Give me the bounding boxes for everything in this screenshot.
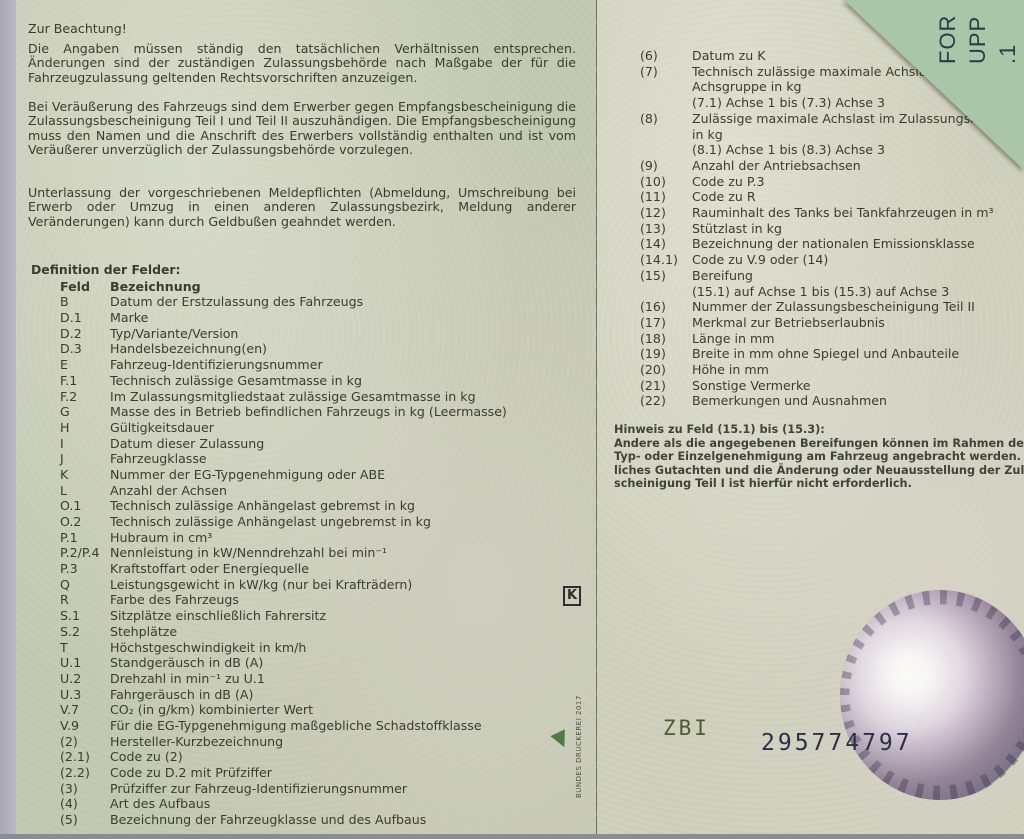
field-code: V.9 (60, 718, 110, 733)
field-description: Nennleistung in kW/Nenndrehzahl bei min⁻… (110, 545, 387, 560)
field-description: Datum zu K (692, 48, 765, 64)
zbi-label: ZBI (663, 716, 710, 740)
field-code: K (60, 467, 110, 482)
corner-flap (844, 0, 1024, 170)
field-code: U.1 (60, 655, 110, 670)
field-code: T (60, 640, 110, 655)
field-code: (15) (640, 268, 692, 284)
field-description: Anzahl der Antriebsachsen (692, 158, 861, 174)
field-code (640, 142, 692, 158)
field-description: Breite in mm ohne Spiegel und Anbauteile (692, 346, 959, 362)
field-code: (2.2) (60, 765, 110, 780)
field-row: (14)Bezeichnung der nationalen Emissions… (640, 236, 1024, 252)
field-description: Drehzahl in min⁻¹ zu U.1 (110, 671, 265, 686)
field-row: (4)Art des Aufbaus (60, 796, 507, 812)
field-description: Handelsbezeichnung(en) (110, 341, 267, 356)
field-row: BDatum der Erstzulassung des Fahrzeugs (60, 294, 507, 310)
field-description: Fahrzeugklasse (110, 451, 207, 466)
field-description: Prüfziffer zur Fahrzeug-Identifizierungs… (110, 781, 407, 796)
field-description: Bemerkungen und Ausnahmen (692, 393, 887, 409)
field-row: V.7CO₂ (in g/km) kombinierter Wert (60, 702, 507, 718)
field-code: (20) (640, 362, 692, 378)
field-code: L (60, 483, 110, 498)
field-code: P.3 (60, 561, 110, 576)
field-row: (15)Bereifung (640, 268, 1024, 284)
field-row: P.1Hubraum in cm³ (60, 529, 507, 545)
field-code: (2) (60, 734, 110, 749)
field-description: Stehplätze (110, 624, 177, 639)
field-code: (11) (640, 189, 692, 205)
field-row: KNummer der EG-Typgenehmigung oder ABE (60, 466, 507, 482)
field-row: (5)Bezeichnung der Fahrzeugklasse und de… (60, 811, 507, 827)
field-description: Farbe des Fahrzeugs (110, 592, 239, 607)
field-description: Kraftstoffart oder Energiequelle (110, 561, 309, 576)
field-row: U.1Standgeräusch in dB (A) (60, 655, 507, 671)
field-row: P.3Kraftstoffart oder Energiequelle (60, 560, 507, 576)
field-row: IDatum dieser Zulassung (60, 435, 507, 451)
field-code: V.7 (60, 702, 110, 717)
field-code: (8) (640, 111, 692, 127)
field-code: (14) (640, 236, 692, 252)
field-row: (18)Länge in mm (640, 331, 1024, 347)
header-desc: Bezeichnung (110, 279, 201, 294)
field-row: V.9Für die EG-Typgenehmigung maßgebliche… (60, 717, 507, 733)
field-row: F.2Im Zulassungsmitgliedstaat zulässige … (60, 388, 507, 404)
tire-hint: Hinweis zu Feld (15.1) bis (15.3): Ander… (614, 423, 1024, 491)
page-edge-shadow (0, 834, 1024, 839)
field-row: (2.1)Code zu (2) (60, 749, 507, 765)
field-row: U.3Fahrgeräusch in dB (A) (60, 686, 507, 702)
field-code: F.2 (60, 389, 110, 404)
corner-flap-text: FOR (935, 15, 961, 64)
field-description: Code zu (2) (110, 749, 183, 764)
field-description: Sitzplätze einschließlich Fahrersitz (110, 608, 326, 623)
field-code: (17) (640, 315, 692, 331)
field-row: S.2Stehplätze (60, 623, 507, 639)
field-row: (17)Merkmal zur Betriebserlaubnis (640, 315, 1024, 331)
notice-paragraph-1: Die Angaben müssen ständig den tatsächli… (28, 42, 576, 85)
field-code: J (60, 451, 110, 466)
field-description: Stützlast in kg (692, 221, 782, 237)
header-code: Feld (60, 279, 110, 294)
field-row: (22)Bemerkungen und Ausnahmen (640, 393, 1024, 409)
field-description: Bezeichnung der Fahrzeugklasse und des A… (110, 812, 426, 827)
notice-paragraph-2: Bei Veräußerung des Fahrzeugs sind dem E… (28, 100, 576, 157)
field-description: Bezeichnung der nationalen Emissionsklas… (692, 236, 975, 252)
field-code: (3) (60, 781, 110, 796)
field-description: Technisch zulässige Gesamtmasse in kg (110, 373, 362, 388)
field-code: (22) (640, 393, 692, 409)
field-row: RFarbe des Fahrzeugs (60, 592, 507, 608)
field-code: P.1 (60, 530, 110, 545)
field-description: Standgeräusch in dB (A) (110, 655, 263, 670)
hint-title: Hinweis zu Feld (15.1) bis (15.3): (614, 423, 1024, 437)
field-code: (6) (640, 48, 692, 64)
field-row: GMasse des in Betrieb befindlichen Fahrz… (60, 404, 507, 420)
field-description: Nummer der Zulassungsbescheinigung Teil … (692, 299, 975, 315)
field-row: D.1Marke (60, 309, 507, 325)
field-code: R (60, 592, 110, 607)
field-code: O.2 (60, 514, 110, 529)
field-code: S.2 (60, 624, 110, 639)
field-code: S.1 (60, 608, 110, 623)
hint-line: scheinigung Teil I ist hierfür nicht erf… (614, 477, 1024, 491)
field-code: D.3 (60, 341, 110, 356)
field-row: (2.2)Code zu D.2 mit Prüfziffer (60, 764, 507, 780)
field-code: (13) (640, 221, 692, 237)
field-description: Code zu R (692, 189, 756, 205)
k-logo-icon: K (563, 586, 581, 606)
field-row: HGültigkeitsdauer (60, 419, 507, 435)
field-code: U.2 (60, 671, 110, 686)
field-description: (15.1) auf Achse 1 bis (15.3) auf Achse … (692, 284, 949, 300)
field-row: D.3Handelsbezeichnung(en) (60, 341, 507, 357)
field-row: (20)Höhe in mm (640, 362, 1024, 378)
field-code: (7) (640, 64, 692, 80)
field-description: Bereifung (692, 268, 753, 284)
hint-line: liches Gutachten und die Änderung oder N… (614, 464, 1024, 478)
field-description: Im Zulassungsmitgliedstaat zulässige Ges… (110, 389, 476, 404)
field-row: JFahrzeugklasse (60, 451, 507, 467)
field-description: CO₂ (in g/km) kombinierter Wert (110, 702, 313, 717)
field-row: (3)Prüfziffer zur Fahrzeug-Identifizieru… (60, 780, 507, 796)
field-description: Art des Aufbaus (110, 796, 210, 811)
corner-flap-text: .1 U (995, 35, 1024, 64)
field-definitions-table: Feld Bezeichnung BDatum der Erstzulassun… (60, 278, 507, 827)
notice-paragraph-3: Unterlassung der vorgeschriebenen Meldep… (28, 186, 576, 229)
field-code: (10) (640, 174, 692, 190)
field-description: Hersteller-Kurzbezeichnung (110, 734, 283, 749)
field-description: Sonstige Vermerke (692, 378, 811, 394)
field-code (640, 284, 692, 300)
field-row: S.1Sitzplätze einschließlich Fahrersitz (60, 607, 507, 623)
field-code: B (60, 294, 110, 309)
field-code: (9) (640, 158, 692, 174)
field-description: Typ/Variante/Version (110, 326, 238, 341)
field-code (640, 127, 692, 143)
field-code: (19) (640, 346, 692, 362)
field-row: F.1Technisch zulässige Gesamtmasse in kg (60, 372, 507, 388)
corner-flap-text: UPP (965, 16, 991, 64)
field-row: (15.1) auf Achse 1 bis (15.3) auf Achse … (640, 284, 1024, 300)
field-code: (16) (640, 299, 692, 315)
field-description: Achsgruppe in kg (692, 79, 802, 95)
field-description: Hubraum in cm³ (110, 530, 212, 545)
field-row: (16)Nummer der Zulassungsbescheinigung T… (640, 299, 1024, 315)
field-description: Code zu P.3 (692, 174, 765, 190)
field-description: in kg (692, 127, 723, 143)
field-description: Datum der Erstzulassung des Fahrzeugs (110, 294, 363, 309)
field-row: THöchstgeschwindigkeit in km/h (60, 639, 507, 655)
printer-imprint: BUNDES DRUCKEREI 2017 (575, 695, 583, 798)
field-code: Q (60, 577, 110, 592)
field-row: (19)Breite in mm ohne Spiegel und Anbaut… (640, 346, 1024, 362)
field-row: EFahrzeug-Identifizierungsnummer (60, 356, 507, 372)
field-description: Code zu D.2 mit Prüfziffer (110, 765, 272, 780)
field-description: Technisch zulässige Anhängelast gebremst… (110, 498, 415, 513)
field-row: O.1Technisch zulässige Anhängelast gebre… (60, 498, 507, 514)
field-description: Fahrzeug-Identifizierungsnummer (110, 357, 323, 372)
field-code: (14.1) (640, 252, 692, 268)
field-row: (2)Hersteller-Kurzbezeichnung (60, 733, 507, 749)
field-code: D.2 (60, 326, 110, 341)
field-row: U.2Drehzahl in min⁻¹ zu U.1 (60, 670, 507, 686)
field-row: O.2Technisch zulässige Anhängelast ungeb… (60, 513, 507, 529)
field-code (640, 95, 692, 111)
field-code: (21) (640, 378, 692, 394)
field-row: (21)Sonstige Vermerke (640, 378, 1024, 394)
field-code: (4) (60, 796, 110, 811)
field-code: F.1 (60, 373, 110, 388)
definitions-title: Definition der Felder: (31, 262, 180, 277)
field-description: Höhe in mm (692, 362, 769, 378)
field-row: (10)Code zu P.3 (640, 174, 1024, 190)
field-code: (18) (640, 331, 692, 347)
field-description: Masse des in Betrieb befindlichen Fahrze… (110, 404, 507, 419)
field-description: Rauminhalt des Tanks bei Tankfahrzeugen … (692, 205, 994, 221)
field-row: P.2/P.4Nennleistung in kW/Nenndrehzahl b… (60, 545, 507, 561)
field-description: Fahrgeräusch in dB (A) (110, 687, 253, 702)
field-description: Merkmal zur Betriebserlaubnis (692, 315, 885, 331)
field-code: (2.1) (60, 749, 110, 764)
field-row: (14.1)Code zu V.9 oder (14) (640, 252, 1024, 268)
field-description: Nummer der EG-Typgenehmigung oder ABE (110, 467, 385, 482)
field-description: Datum dieser Zulassung (110, 436, 264, 451)
field-code: (5) (60, 812, 110, 827)
field-code: P.2/P.4 (60, 545, 110, 560)
field-row: D.2Typ/Variante/Version (60, 325, 507, 341)
field-row: (13)Stützlast in kg (640, 221, 1024, 237)
field-row: (12)Rauminhalt des Tanks bei Tankfahrzeu… (640, 205, 1024, 221)
field-description: Für die EG-Typgenehmigung maßgebliche Sc… (110, 718, 482, 733)
field-row: LAnzahl der Achsen (60, 482, 507, 498)
field-description: Gültigkeitsdauer (110, 420, 214, 435)
table-header: Feld Bezeichnung (60, 278, 507, 294)
field-row: (11)Code zu R (640, 189, 1024, 205)
fold-line (596, 0, 597, 839)
field-description: Länge in mm (692, 331, 774, 347)
field-description: Leistungsgewicht in kW/kg (nur bei Kraft… (110, 577, 412, 592)
field-code: G (60, 404, 110, 419)
field-description: Marke (110, 310, 148, 325)
field-description: Anzahl der Achsen (110, 483, 227, 498)
hologram-seal-icon (840, 590, 1024, 800)
field-description: Technisch zulässige Anhängelast ungebrem… (110, 514, 431, 529)
field-description: Code zu V.9 oder (14) (692, 252, 828, 268)
hint-line: Typ- oder Einzelgenehmigung am Fahrzeug … (614, 450, 1024, 464)
hint-line: Andere als die angegebenen Bereifungen k… (614, 437, 1024, 451)
field-code: H (60, 420, 110, 435)
notice-title: Zur Beachtung! (28, 21, 127, 36)
field-code: I (60, 436, 110, 451)
field-code: U.3 (60, 687, 110, 702)
field-row: QLeistungsgewicht in kW/kg (nur bei Kraf… (60, 576, 507, 592)
field-code: E (60, 357, 110, 372)
field-code: O.1 (60, 498, 110, 513)
field-code: D.1 (60, 310, 110, 325)
serial-number: 295774797 (761, 730, 913, 756)
field-code: (12) (640, 205, 692, 221)
field-code (640, 79, 692, 95)
field-description: Höchstgeschwindigkeit in km/h (110, 640, 306, 655)
